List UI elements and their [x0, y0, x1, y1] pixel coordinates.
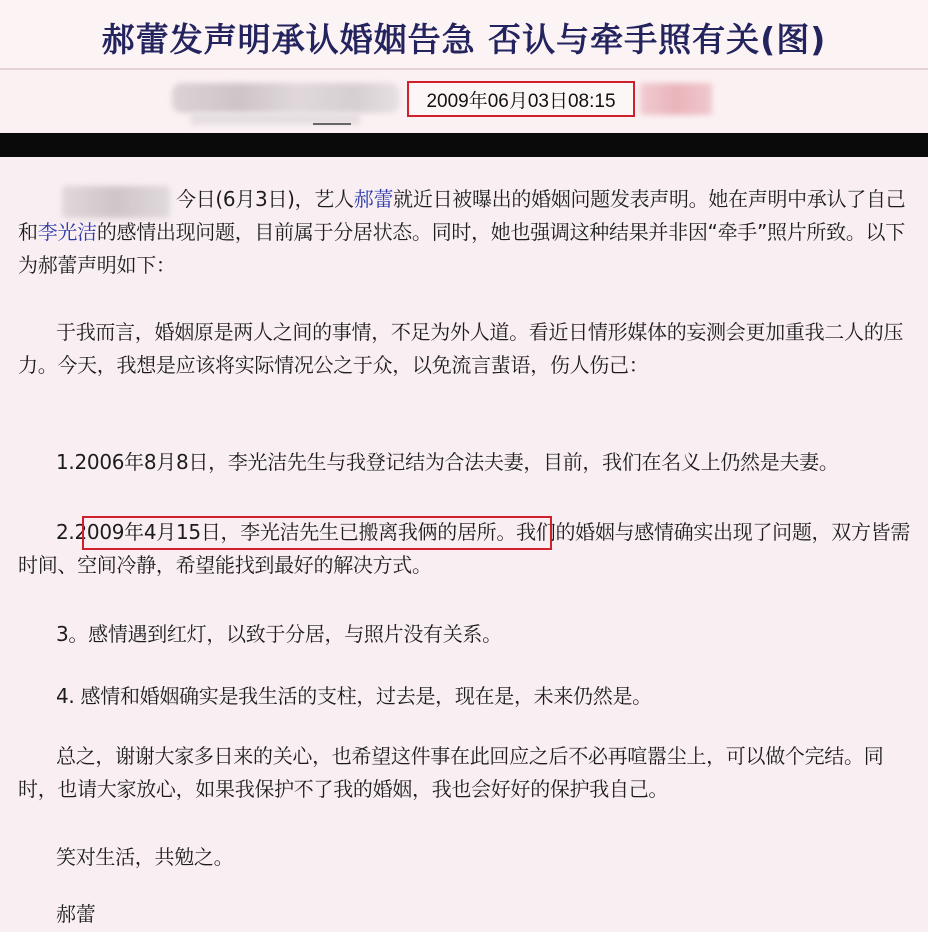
link-li-guangjie[interactable]: 李光洁: [38, 220, 97, 244]
intro-text: 的感情出现问题，目前属于分居状态。同时，她也强调这种结果并非: [97, 220, 688, 244]
statement-signature: 郝蕾: [18, 898, 918, 931]
article-header: 郝蕾发声明承认婚姻告急 否认与牵手照有关(图): [0, 0, 928, 68]
statement-paragraph-1: 于我而言，婚姻原是两人之间的事情，不足为外人道。看近日情形媒体的妄测会更加重我二…: [18, 316, 918, 382]
separator-bar: [0, 133, 928, 157]
statement-item-1: 1.2006年8月8日，李光洁先生与我登记结为合法夫妻，目前，我们在名义上仍然是…: [18, 446, 918, 479]
highlight-box-move-out: [82, 516, 552, 550]
statement-motto: 笑对生活，共勉之。: [18, 841, 918, 874]
link-hao-lei[interactable]: 郝蕾: [354, 187, 393, 211]
intro-paragraph: 今日(6月3日)，艺人郝蕾就近日被曝出的婚姻问题发表声明。她在声明中承认了自己和…: [18, 183, 918, 282]
publish-datetime: 2009年06月03日08:15: [426, 86, 615, 113]
intro-text: 就近日被曝出的婚姻问题发表声明。她在声明中承: [393, 187, 826, 211]
statement-item-3: 3。感情遇到红灯，以致于分居，与照片没有关系。: [18, 618, 918, 651]
intro-text: 今日(6月3日)，艺人: [176, 187, 354, 211]
statement-item-4: 4. 感情和婚姻确实是我生活的支柱，过去是，现在是，未来仍然是。: [18, 680, 918, 713]
item-number: 2.: [56, 520, 74, 544]
blurred-source-left: [172, 83, 400, 113]
statement-closing: 总之，谢谢大家多日来的关心，也希望这件事在此回应之后不必再喧嚣尘上，可以做个完结…: [18, 740, 918, 806]
blurred-source-right: [640, 83, 712, 115]
source-underline: [313, 123, 351, 125]
article-title: 郝蕾发声明承认婚姻告急 否认与牵手照有关(图): [0, 14, 928, 61]
publish-datetime-highlight: 2009年06月03日08:15: [407, 81, 635, 117]
